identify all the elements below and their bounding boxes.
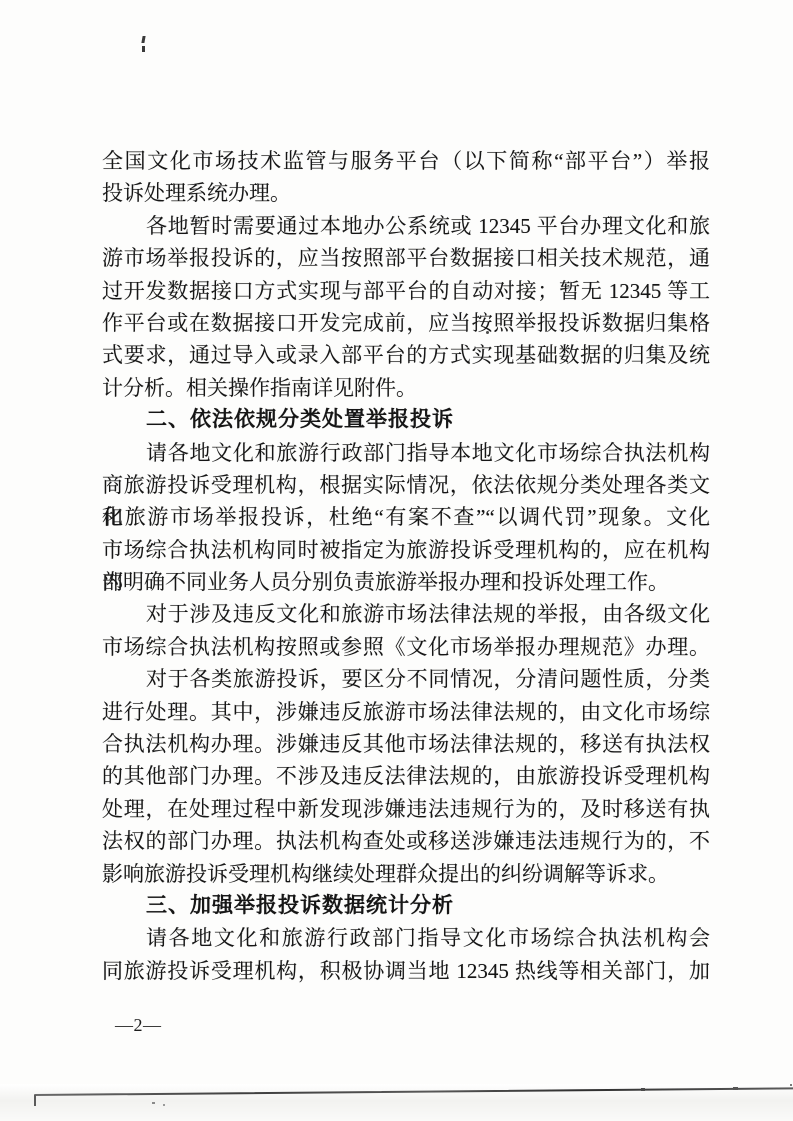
text-line: 商旅游投诉受理机构，根据实际情况，依法依规分类处理各类文化	[102, 469, 710, 501]
scan-artifact-speck	[733, 1087, 738, 1090]
scan-artifact-speck	[163, 1104, 165, 1106]
text-line: 对于各类旅游投诉，要区分不同情况，分清问题性质，分类	[102, 663, 710, 695]
text-line: 计分析。相关操作指南详见附件。	[102, 372, 710, 404]
text-line: 处理，在处理过程中新发现涉嫌违法违规行为的，及时移送有执	[102, 793, 710, 825]
scan-artifact-speck	[152, 1102, 155, 1104]
page-bottom-corner-tick	[34, 1095, 36, 1106]
text-line: 请各地文化和旅游行政部门指导文化市场综合执法机构会	[102, 922, 710, 954]
text-line: 部明确不同业务人员分别负责旅游举报办理和投诉处理工作。	[102, 566, 710, 598]
text-line: 对于涉及违反文化和旅游市场法律法规的举报，由各级文化	[102, 598, 710, 630]
text-line: 作平台或在数据接口开发完成前，应当按照举报投诉数据归集格	[102, 307, 710, 339]
text-line: 游市场举报投诉的，应当按照部平台数据接口相关技术规范，通	[102, 242, 710, 274]
text-line: 合执法机构办理。涉嫌违反其他市场法律法规的，移送有执法权	[102, 728, 710, 760]
text-line: 进行处理。其中，涉嫌违反旅游市场法律法规的，由文化市场综	[102, 696, 710, 728]
scan-artifact-top-mark	[142, 46, 145, 52]
document-body: 全国文化市场技术监管与服务平台（以下简称“部平台”）举报投诉处理系统办理。各地暂…	[102, 145, 710, 987]
text-line: 市场综合执法机构按照或参照《文化市场举报办理规范》办理。	[102, 631, 710, 663]
section-heading: 二、依法依规分类处置举报投诉	[102, 404, 710, 436]
text-line: 各地暂时需要通过本地办公系统或 12345 平台办理文化和旅	[102, 210, 710, 242]
scan-artifact-speck	[790, 1084, 792, 1086]
text-line: 市场综合执法机构同时被指定为旅游投诉受理机构的，应在机构内	[102, 534, 710, 566]
text-line: 请各地文化和旅游行政部门指导本地文化市场综合执法机构	[102, 437, 710, 469]
scan-artifact-speck	[486, 331, 489, 334]
text-line: 同旅游投诉受理机构，积极协调当地 12345 热线等相关部门，加	[102, 955, 710, 987]
text-line: 和旅游市场举报投诉，杜绝“有案不查”“以调代罚”现象。文化	[102, 501, 710, 533]
text-line: 法权的部门办理。执法机构查处或移送涉嫌违法违规行为的，不	[102, 825, 710, 857]
text-line: 投诉处理系统办理。	[102, 177, 710, 209]
scan-artifact-top-mark	[141, 36, 145, 43]
scan-artifact-speck	[641, 1088, 645, 1091]
text-line: 式要求，通过导入或录入部平台的方式实现基础数据的归集及统	[102, 339, 710, 371]
scanned-document-page: 全国文化市场技术监管与服务平台（以下简称“部平台”）举报投诉处理系统办理。各地暂…	[0, 0, 793, 1121]
page-number: —2—	[115, 1014, 162, 1036]
text-line: 影响旅游投诉受理机构继续处理群众提出的纠纷调解等诉求。	[102, 858, 710, 890]
text-line: 的其他部门办理。不涉及违反法律法规的，由旅游投诉受理机构	[102, 760, 710, 792]
text-line: 全国文化市场技术监管与服务平台（以下简称“部平台”）举报	[102, 145, 710, 177]
text-line: 过开发数据接口方式实现与部平台的自动对接；暂无 12345 等工	[102, 275, 710, 307]
section-heading: 三、加强举报投诉数据统计分析	[102, 890, 710, 922]
